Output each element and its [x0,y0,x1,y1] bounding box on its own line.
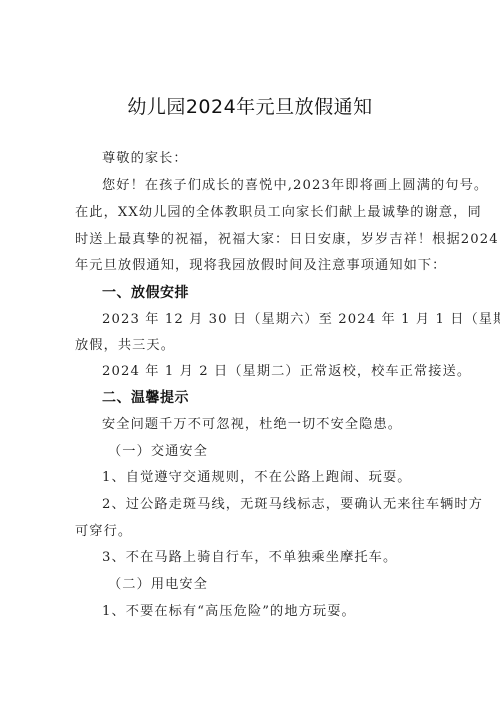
tips-intro: 安全问题千万不可忽视，杜绝一切不安全隐患。 [102,415,432,435]
intro-line-2: 在此，XX幼儿园的全体教职员工向家长们献上最诚挚的谢意，同 [75,203,431,223]
schedule-line-2: 放假，共三天。 [75,336,431,356]
subheading-traffic-safety: （一）交通安全 [108,442,464,462]
document-title: 幼儿园2024年元旦放假通知 [0,94,500,120]
document-page: 幼儿园2024年元旦放假通知 尊敬的家长： 您好！在孩子们成长的喜悦中,2023… [0,0,500,707]
traffic-item-2-cont: 可穿行。 [75,522,431,542]
intro-line-3: 时送上最真挚的祝福，祝福大家：日日安康，岁岁吉祥！根据2024 [75,230,431,250]
traffic-item-1: 1、自觉遵守交通规则，不在公路上跑闹、玩耍。 [102,468,432,488]
intro-line-1: 您好！在孩子们成长的喜悦中,2023年即将画上圆满的句号。 [102,176,432,196]
schedule-line-3: 2024 年 1 月 2 日（星期二）正常返校，校车正常接送。 [102,362,432,382]
traffic-item-2: 2、过公路走斑马线，无斑马线标志，要确认无来往车辆时方 [102,495,432,515]
traffic-item-3: 3、不在马路上骑自行车，不单独乘坐摩托车。 [102,548,432,568]
intro-line-4: 年元旦放假通知，现将我园放假时间及注意事项通知如下： [75,256,431,276]
schedule-line-1: 2023 年 12 月 30 日（星期六）至 2024 年 1 月 1 日（星期… [102,310,432,330]
salutation: 尊敬的家长： [102,149,458,169]
subheading-electrical-safety: （二）用电安全 [108,575,464,595]
section-heading-tips: 二、温馨提示 [102,388,458,408]
electrical-item-1: 1、不要在标有“高压危险”的地方玩耍。 [102,602,432,622]
section-heading-schedule: 一、放假安排 [102,283,458,303]
